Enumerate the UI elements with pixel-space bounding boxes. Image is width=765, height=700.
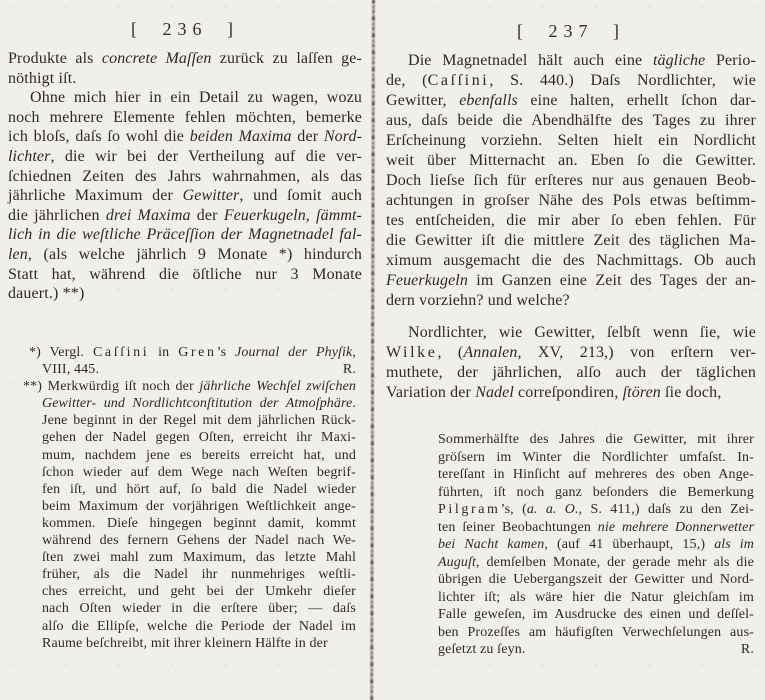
- text-line: de, (Caſſini, S. 440.) Daſs Nordlichter,…: [386, 71, 756, 91]
- text-line: nöthigt iſt.: [8, 69, 362, 89]
- text-line: **) Merkwürdig iſt noch der jährliche We…: [42, 378, 356, 395]
- text-line: ich bloſs, daſs ſo wohl die beiden Maxim…: [8, 127, 362, 147]
- text-line: muthete, der jährlichen, alſo auch der t…: [386, 363, 756, 383]
- paragraph-nordlichter-wilke: Nordlichter, wie Gewitter, ſelbſt wenn ſ…: [386, 323, 756, 403]
- paragraph-taegliche-periode: Die Magnetnadel hält auch eine tägliche …: [386, 51, 756, 311]
- text-line: jährliche Maximum der Gewitter, und ſomi…: [8, 186, 362, 206]
- book-scan: { "ink_color": "#2e2a22", "paper_color":…: [0, 0, 765, 700]
- text-line: Sommerhälfte des Jahres die Gewitter, mi…: [438, 431, 754, 449]
- page-number-left: [ 236 ]: [8, 19, 362, 40]
- text-line: lichter, die wir bei der Vertheilung auf…: [8, 147, 362, 167]
- page-left: [ 236 ] Produkte als concrete Maſſen zur…: [8, 0, 362, 700]
- text-line: früher, als die Nadel ihr nunmehriges we…: [42, 566, 356, 583]
- text-line: ſchon wieder auf dem Wege nach Weſten be…: [42, 464, 356, 481]
- text-line: ximum ausgemacht die des Nachmittags. Ob…: [386, 251, 756, 271]
- text-line: Gewitter- und Nordlichtconſtitution der …: [42, 395, 356, 412]
- text-line: Doch lieſse ſich für erſteres nur aus ge…: [386, 171, 756, 191]
- text-line: ches erreicht, und geht bei der Umkehr d…: [42, 583, 356, 600]
- text-line: die Gewitter iſt die mittlere Zeit des t…: [386, 231, 756, 251]
- text-line: die jährlichen drei Maxima der Feuerkuge…: [8, 206, 362, 226]
- page-number-right: [ 237 ]: [386, 21, 756, 42]
- text-line: während des fernern Gehens der Nadel nac…: [42, 532, 356, 549]
- text-line: Statt hat, während die öſtliche nur 3 Mo…: [8, 265, 362, 285]
- text-line: achtungen in groſser Nähe des Pols etwas…: [386, 191, 756, 211]
- text-line: dauert.) **): [8, 284, 362, 304]
- text-line: aus, daſs beide die Abendhälfte des Tage…: [386, 111, 756, 131]
- text-line: dern vorziehn? und welche?: [386, 291, 756, 311]
- text-line: Gewitter, ebenfalls eine halten, erhellt…: [386, 91, 756, 111]
- text-line: übrigen die Uebergangszeit der Gewitter …: [438, 571, 754, 589]
- text-line: kommen. Dieſe hingegen beginnt damit, ko…: [42, 515, 356, 532]
- text-line: len, (als welche jährlich 9 Monate *) hi…: [8, 245, 362, 265]
- page-right: [ 237 ] Die Magnetnadel hält auch eine t…: [386, 0, 756, 700]
- text-line: ben Prozeſſes am häufigſten Verwechſelun…: [438, 624, 754, 642]
- text-line: Pilgram’s, (a. a. O., S. 411,) daſs zu d…: [438, 501, 754, 519]
- text-line: nach Oſten wieder in die erſtere über; —…: [42, 600, 356, 617]
- left-footnotes: *) Vergl. Caſſini in Gren’s Journal der …: [8, 344, 356, 652]
- footnote-cassini-reference: *) Vergl. Caſſini in Gren’s Journal der …: [8, 344, 356, 378]
- text-line: Auguſt, demſelben Monate, der gerade meh…: [438, 554, 754, 572]
- text-line: Wilke, (Annalen, XV, 213,) von erſtern v…: [386, 343, 756, 363]
- text-line: noch mehrere Elemente fehlen möchten, be…: [8, 108, 362, 128]
- text-line: Falle geweſen, im Ausdrucke des einen un…: [438, 606, 754, 624]
- text-line: Die Magnetnadel hält auch eine tägliche …: [386, 51, 756, 71]
- text-line: lichter iſt; als wäre hier die Natur gle…: [438, 589, 754, 607]
- text-line: ſten zwei mahl zum Maximum, das letzte M…: [42, 549, 356, 566]
- text-line: alſo die Ellipſe, welche die Periode der…: [42, 618, 356, 635]
- text-line: Ohne mich hier in ein Detail zu wagen, w…: [8, 88, 362, 108]
- text-line: *) Vergl. Caſſini in Gren’s Journal der …: [42, 344, 356, 361]
- text-line: gehen der Nadel gegen Oſten, erreicht ih…: [42, 429, 356, 446]
- text-line: Produkte als concrete Maſſen zurück zu l…: [8, 49, 362, 69]
- text-line: bei Nacht kamen, (auf 41 überhaupt, 15,)…: [438, 536, 754, 554]
- text-line: ten ſeiner Beobachtungen nie mehrere Don…: [438, 519, 754, 537]
- text-line: führten, iſt noch ganz beſonders die Bem…: [438, 484, 754, 502]
- text-line: R.VIII, 445.: [42, 361, 356, 378]
- text-line: tereſſant in Hinſicht auf mehreres des o…: [438, 466, 754, 484]
- left-main-text: Produkte als concrete Maſſen zurück zu l…: [8, 49, 362, 304]
- text-line: Raume beſchreibt, mit ihrer kleinern Häl…: [42, 635, 356, 652]
- text-line: mum, nachdem jene es bereits erreicht ha…: [42, 447, 356, 464]
- text-line: gröſsern im Winter die Nordlichter umfaſ…: [438, 449, 754, 467]
- text-line: fen iſt, und hört auf, ſo bald die Nadel…: [42, 481, 356, 498]
- text-line: Nordlichter, wie Gewitter, ſelbſt wenn ſ…: [386, 323, 756, 343]
- text-line: R.geſetzt zu ſeyn.: [438, 641, 754, 659]
- text-line: ſchiednen Zeiten des Jahrs wahrnahmen, a…: [8, 167, 362, 187]
- text-line: beim Maximum der vorjährigen Weſtlichkei…: [42, 498, 356, 515]
- text-line: Jene beginnt in der Regel mit dem jährli…: [42, 412, 356, 429]
- paragraph-maxima-nordlichter: Ohne mich hier in ein Detail zu wagen, w…: [8, 88, 362, 304]
- paragraph-concrete-massen: Produkte als concrete Maſſen zurück zu l…: [8, 49, 362, 88]
- text-line: lich in die weſtliche Präceſſion der Mag…: [8, 225, 362, 245]
- text-line: tes entſcheiden, die mir aber ſo eben fe…: [386, 211, 756, 231]
- text-line: Erſcheinung vorziehn. Selten hielt ein N…: [386, 131, 756, 151]
- text-line: Feuerkugeln im Ganzen eine Zeit des Tage…: [386, 271, 756, 291]
- page-gutter-shadow: [370, 0, 375, 700]
- footnote-jaehrlicher-wechsel: **) Merkwürdig iſt noch der jährliche We…: [8, 378, 356, 652]
- text-line: weit über Mitternacht an. Eben ſo die Ge…: [386, 151, 756, 171]
- right-footnote-continuation: Sommerhälfte des Jahres die Gewitter, mi…: [438, 431, 754, 659]
- text-line: Variation der Nadel correſpondiren, ſtör…: [386, 383, 756, 403]
